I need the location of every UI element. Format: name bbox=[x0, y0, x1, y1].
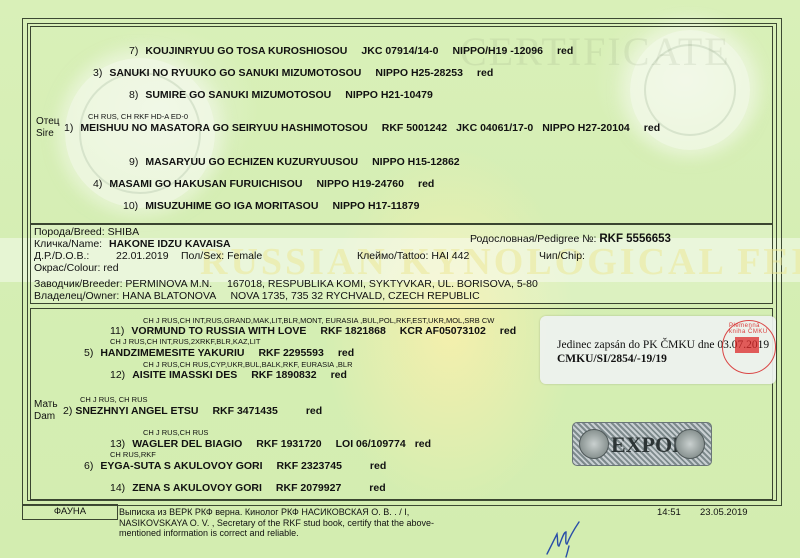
ancestor-11-titles: CH J RUS,CH INT,RUS,GRAND,MAK,LIT,BLR,MO… bbox=[143, 316, 494, 325]
ancestor-name: HANDZIMEMESITE YAKURIU bbox=[100, 347, 244, 359]
ancestor-12-titles: CH J RUS,CH RUS,CYP,UKR,BUL,BALK,RKF, EU… bbox=[143, 360, 353, 369]
export-hologram: EXPORT bbox=[572, 422, 712, 466]
cmku-registration-number: CMKU/SI/2854/-19/19 bbox=[557, 353, 667, 365]
breed-value: SHIBA bbox=[108, 226, 140, 238]
dob-label: Д.Р./D.O.B.: bbox=[34, 250, 89, 262]
ancestor-name: KOUJINRYUU GO TOSA KUROSHIOSOU bbox=[145, 45, 347, 57]
dam-titles: CH J RUS, CH RUS bbox=[80, 395, 148, 404]
ancestor-14: 14)ZENA S AKULOVOY GORIRKF 2079927red bbox=[110, 482, 386, 494]
pedigree-number-value: RKF 5556653 bbox=[599, 233, 671, 245]
ancestor-name: VORMUND TO RUSSIA WITH LOVE bbox=[131, 325, 306, 337]
breeder-value: PERMINOVA M.N. bbox=[125, 278, 212, 290]
ancestor-name: SUMIRE GO SANUKI MIZUMOTOSOU bbox=[145, 89, 331, 101]
ancestor-11: 11)VORMUND TO RUSSIA WITH LOVERKF 182186… bbox=[110, 325, 516, 337]
breeder-row: Заводчик/Breeder: PERMINOVA M.N. 167018,… bbox=[34, 278, 538, 290]
pedigree-number: Родословная/Pedigree №: RKF 5556653 bbox=[470, 233, 671, 245]
sire-titles: CH RUS, CH RKF HD-A ED-0 bbox=[88, 112, 188, 121]
ancestor-10: 10)MISUZUHIME GO IGA MORITASOUNIPPO H17-… bbox=[123, 200, 419, 212]
breeder-address: 167018, RESPUBLIKA KOMI, SYKTYVKAR, UL. … bbox=[227, 278, 538, 290]
colour-row: Окрас/Colour: red bbox=[34, 262, 119, 274]
dam-label: Мать Dam bbox=[34, 399, 58, 423]
ancestor-9: 9)MASARYUU GO ECHIZEN KUZURYUUSOUNIPPO H… bbox=[129, 156, 460, 168]
ancestor-13-titles: CH J RUS,CH RUS bbox=[143, 428, 208, 437]
stamp-flag-icon bbox=[735, 337, 759, 353]
ancestor-4: 4)MASAMI GO HAKUSAN FURUICHISOUNIPPO H19… bbox=[93, 178, 434, 190]
issue-time: 14:51 bbox=[657, 507, 681, 519]
ancestor-12: 12)AISITE IMASSKI DESRKF 1890832red bbox=[110, 369, 347, 381]
ancestor-name: MASAMI GO HAKUSAN FURUICHISOU bbox=[109, 178, 302, 190]
ancestor-13: 13)WAGLER DEL BIAGIORKF 1931720LOI 06/10… bbox=[110, 438, 431, 450]
dam-name: SNEZHNYI ANGEL ETSU bbox=[75, 405, 198, 417]
name-row: Кличка/Name: HAKONE IDZU KAVAISA bbox=[34, 238, 231, 250]
dam: 2)SNEZHNYI ANGEL ETSURKF 3471435red bbox=[63, 405, 322, 417]
ancestor-8: 8)SUMIRE GO SANUKI MIZUMOTOSOUNIPPO H21-… bbox=[129, 89, 433, 101]
issue-date: 23.05.2019 bbox=[700, 507, 748, 519]
cmku-stamp-icon: Plemenná kniha ČMKU bbox=[722, 320, 776, 374]
sire-label: Отец Sire bbox=[36, 116, 60, 140]
ancestor-6-titles: CH RUS,RKF bbox=[110, 450, 156, 459]
owner-value: HANA BLATONOVA bbox=[122, 290, 215, 302]
owner-row: Владелец/Owner: HANA BLATONOVA NOVA 1735… bbox=[34, 290, 480, 302]
signature-icon bbox=[545, 520, 595, 558]
ancestor-5: 5)HANDZIMEMESITE YAKURIURKF 2295593red bbox=[84, 347, 354, 359]
ancestor-3: 3)SANUKI NO RYUUKO GO SANUKI MIZUMOTOSOU… bbox=[93, 67, 493, 79]
chip-row: Чип/Chip: bbox=[539, 250, 585, 262]
owner-address: NOVA 1735, 735 32 RYCHVALD, CZECH REPUBL… bbox=[230, 290, 479, 302]
ancestor-5-titles: CH J RUS,CH INT,RUS,2XRKF,BLR,KAZ,LIT bbox=[110, 337, 260, 346]
ancestor-name: WAGLER DEL BIAGIO bbox=[132, 438, 242, 450]
sire-name: MEISHUU NO MASATORA GO SEIRYUU HASHIMOTO… bbox=[80, 122, 367, 134]
dog-name-value: HAKONE IDZU KAVAISA bbox=[109, 238, 231, 250]
ancestor-name: MASARYUU GO ECHIZEN KUZURYUUSOU bbox=[145, 156, 358, 168]
ancestor-name: MISUZUHIME GO IGA MORITASOU bbox=[145, 200, 318, 212]
tattoo-value: HAI 442 bbox=[431, 250, 469, 262]
ancestor-name: ZENA S AKULOVOY GORI bbox=[132, 482, 262, 494]
ancestor-name: EYGA-SUTA S AKULOVOY GORI bbox=[100, 460, 262, 472]
ancestor-6: 6)EYGA-SUTA S AKULOVOY GORIRKF 2323745re… bbox=[84, 460, 386, 472]
dob-value: 22.01.2019 bbox=[116, 250, 169, 262]
fauna-box: ФАУНА bbox=[22, 504, 118, 520]
sex-row: Пол/Sex: Female bbox=[181, 250, 262, 262]
ancestor-name: SANUKI NO RYUUKO GO SANUKI MIZUMOTOSOU bbox=[109, 67, 361, 79]
tattoo-row: Клеймо/Tattoo: HAI 442 bbox=[357, 250, 469, 262]
breed-row: Порода/Breed: SHIBA bbox=[34, 226, 139, 238]
ancestor-name: AISITE IMASSKI DES bbox=[132, 369, 237, 381]
globe-icon bbox=[675, 429, 705, 459]
certification-text: Выписка из ВЕРК РКФ верна. Кинолог РКФ Н… bbox=[119, 507, 459, 539]
hologram-emblem-icon bbox=[579, 429, 609, 459]
sire: 1)MEISHUU NO MASATORA GO SEIRYUU HASHIMO… bbox=[64, 122, 660, 134]
ancestor-7: 7)KOUJINRYUU GO TOSA KUROSHIOSOUJKC 0791… bbox=[129, 45, 573, 57]
colour-value: red bbox=[103, 262, 118, 274]
sex-value: Female bbox=[227, 250, 262, 262]
